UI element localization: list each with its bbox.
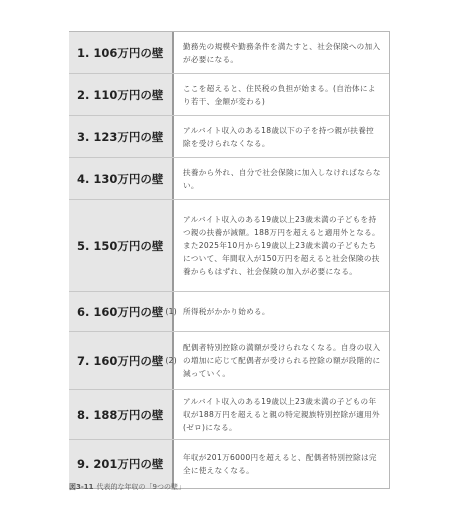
wall-label: 9. 201万円の壁 [69, 440, 174, 488]
wall-label-text: 8. 188万円の壁 [77, 407, 163, 423]
wall-label-text: 5. 150万円の壁 [77, 238, 163, 254]
table-row: 7. 160万円の壁(2)配偶者特別控除の満額が受けられなくなる。自身の収入の増… [69, 331, 389, 389]
wall-description: アルバイト収入のある18歳以下の子を持つ親が扶養控除を受けられなくなる。 [174, 116, 389, 157]
wall-description-text: ここを超えると、住民税の負担が始まる。(自治体により若干、金額が変わる) [183, 82, 381, 108]
wall-label-text: 9. 201万円の壁 [77, 456, 163, 472]
wall-label: 8. 188万円の壁 [69, 390, 174, 439]
wall-description: 配偶者特別控除の満額が受けられなくなる。自身の収入の増加に応じて配偶者が受けられ… [174, 332, 389, 389]
wall-label-text: 1. 106万円の壁 [77, 45, 163, 61]
wall-label-text: 3. 123万円の壁 [77, 129, 163, 145]
wall-label: 5. 150万円の壁 [69, 200, 174, 291]
wall-label: 3. 123万円の壁 [69, 116, 174, 157]
wall-description-text: アルバイト収入のある19歳以上23歳未満の子どもを持つ親の扶養が減額。188万円… [183, 213, 381, 278]
figure-number: 図3-11 [69, 483, 94, 491]
income-walls-table: 1. 106万円の壁勤務先の規模や勤務条件を満たすと、社会保険への加入が必要にな… [69, 31, 390, 489]
figure-caption: 図3-11代表的な年収の「9つの壁」 [69, 482, 185, 492]
wall-description: 扶養から外れ、自分で社会保険に加入しなければならない。 [174, 158, 389, 199]
wall-description: アルバイト収入のある19歳以上23歳未満の子どもの年収が188万円を超えると親の… [174, 390, 389, 439]
wall-label: 7. 160万円の壁(2) [69, 332, 174, 389]
wall-label-text: 4. 130万円の壁 [77, 171, 163, 187]
table-row: 1. 106万円の壁勤務先の規模や勤務条件を満たすと、社会保険への加入が必要にな… [69, 32, 389, 73]
wall-description: ここを超えると、住民税の負担が始まる。(自治体により若干、金額が変わる) [174, 74, 389, 115]
table-row: 4. 130万円の壁扶養から外れ、自分で社会保険に加入しなければならない。 [69, 157, 389, 199]
wall-description: 勤務先の規模や勤務条件を満たすと、社会保険への加入が必要になる。 [174, 32, 389, 73]
wall-label-text: 2. 110万円の壁 [77, 87, 163, 103]
wall-description-text: 勤務先の規模や勤務条件を満たすと、社会保険への加入が必要になる。 [183, 40, 381, 66]
wall-description-text: 扶養から外れ、自分で社会保険に加入しなければならない。 [183, 166, 381, 192]
table-row: 2. 110万円の壁ここを超えると、住民税の負担が始まる。(自治体により若干、金… [69, 73, 389, 115]
wall-description-text: アルバイト収入のある19歳以上23歳未満の子どもの年収が188万円を超えると親の… [183, 395, 381, 434]
wall-description-text: 所得税がかかり始める。 [183, 305, 270, 318]
wall-description-text: アルバイト収入のある18歳以下の子を持つ親が扶養控除を受けられなくなる。 [183, 124, 381, 150]
table-row: 5. 150万円の壁アルバイト収入のある19歳以上23歳未満の子どもを持つ親の扶… [69, 199, 389, 291]
wall-label-text: 6. 160万円の壁 [77, 304, 163, 320]
table-row: 8. 188万円の壁アルバイト収入のある19歳以上23歳未満の子どもの年収が18… [69, 389, 389, 439]
wall-description: 年収が201万6000円を超えると、配偶者特別控除は完全に使えなくなる。 [174, 440, 389, 488]
table-row: 9. 201万円の壁年収が201万6000円を超えると、配偶者特別控除は完全に使… [69, 439, 389, 488]
wall-description-text: 年収が201万6000円を超えると、配偶者特別控除は完全に使えなくなる。 [183, 451, 381, 477]
wall-label: 2. 110万円の壁 [69, 74, 174, 115]
wall-description: 所得税がかかり始める。 [174, 292, 389, 331]
wall-label: 6. 160万円の壁(1) [69, 292, 174, 331]
wall-label: 1. 106万円の壁 [69, 32, 174, 73]
wall-label-text: 7. 160万円の壁 [77, 353, 163, 369]
wall-description-text: 配偶者特別控除の満額が受けられなくなる。自身の収入の増加に応じて配偶者が受けられ… [183, 341, 381, 380]
table-row: 6. 160万円の壁(1)所得税がかかり始める。 [69, 291, 389, 331]
wall-description: アルバイト収入のある19歳以上23歳未満の子どもを持つ親の扶養が減額。188万円… [174, 200, 389, 291]
figure-caption-text: 代表的な年収の「9つの壁」 [97, 483, 185, 491]
table-row: 3. 123万円の壁アルバイト収入のある18歳以下の子を持つ親が扶養控除を受けら… [69, 115, 389, 157]
wall-label: 4. 130万円の壁 [69, 158, 174, 199]
